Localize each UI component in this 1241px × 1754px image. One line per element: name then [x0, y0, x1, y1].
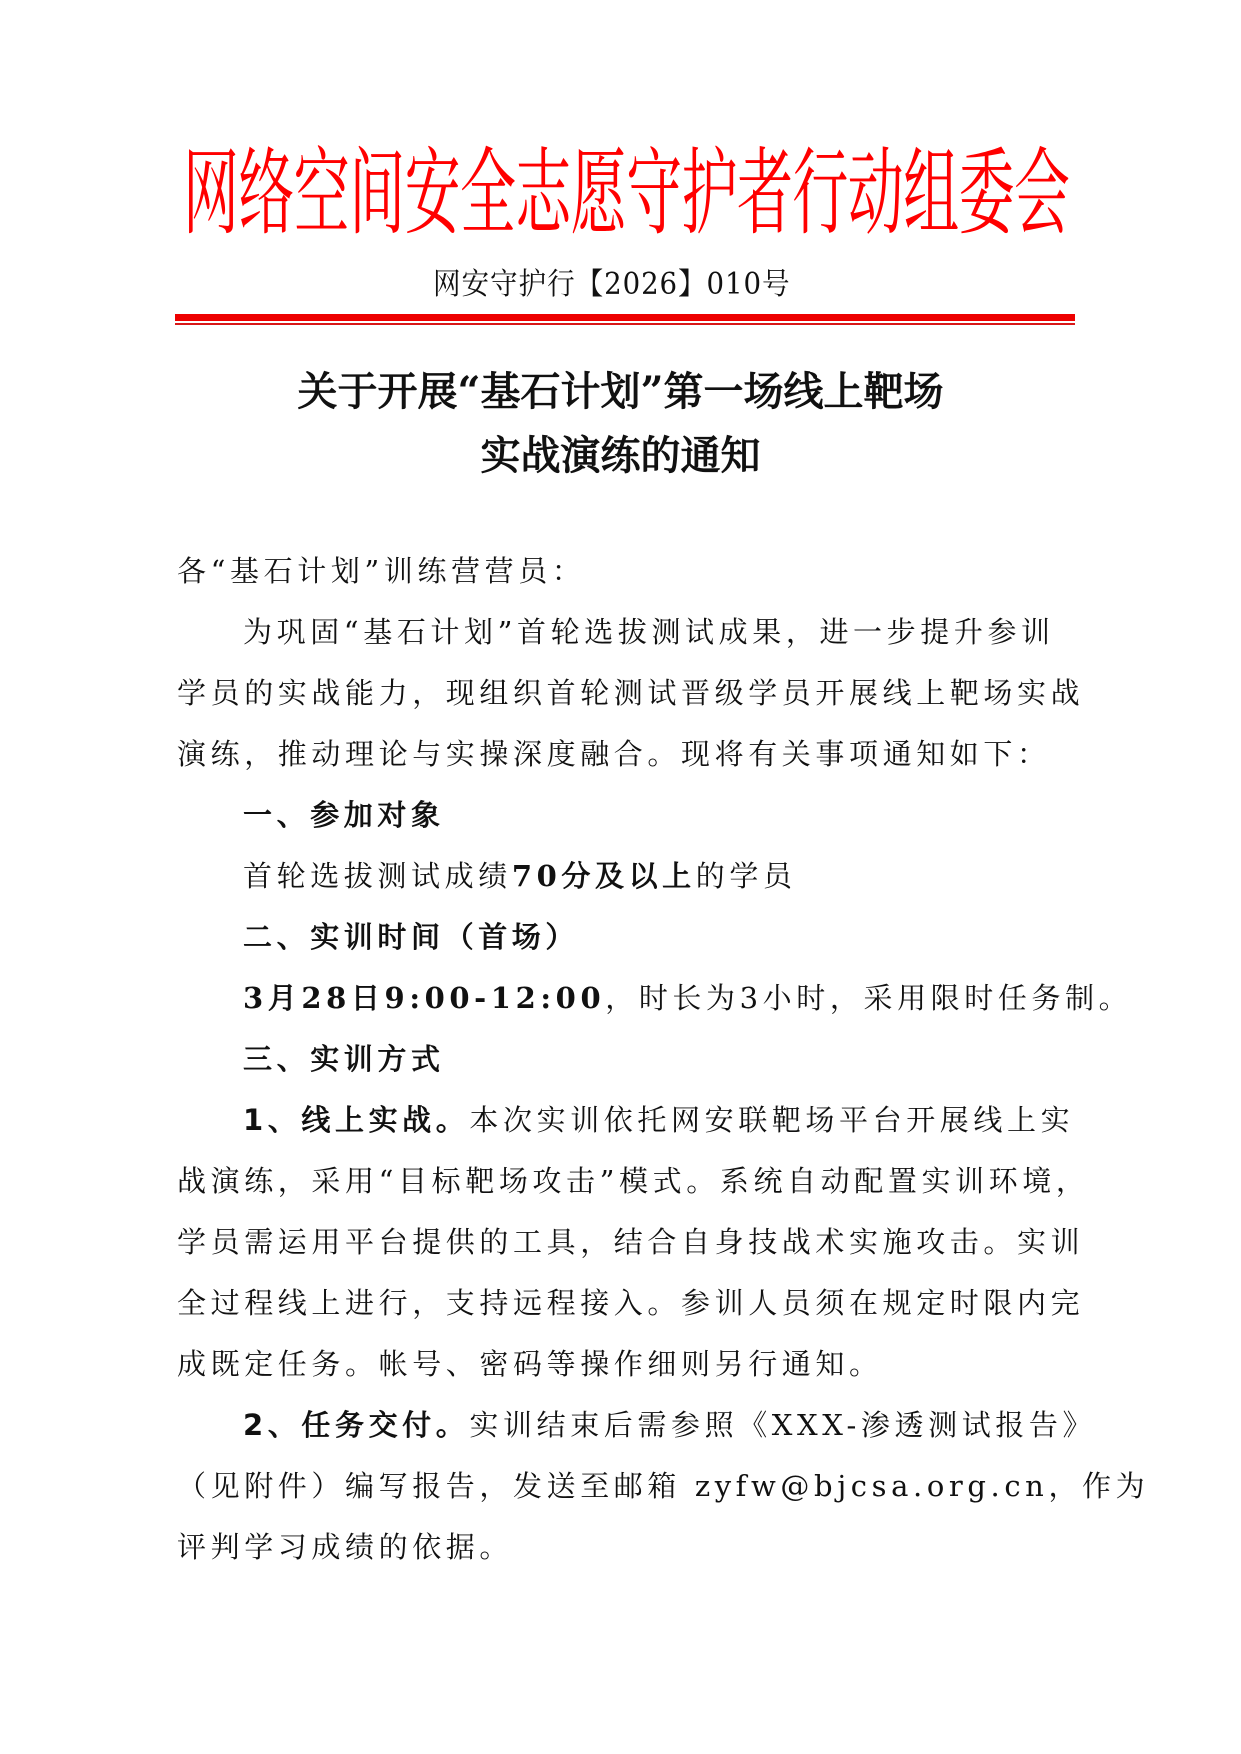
notice-title: 关于开展“基石计划”第一场线上靶场 实战演练的通知: [160, 360, 1081, 488]
method-item-2-label: 2、任务交付。: [243, 1408, 469, 1442]
red-divider-thick: [175, 314, 1075, 321]
intro-line-2: 学员的实战能力，现组织首轮测试晋级学员开展线上靶场实战: [177, 663, 1067, 724]
section-heading-method: 三、实训方式: [177, 1029, 1067, 1090]
notice-body: 各“基石计划”训练营营员： 为巩固“基石计划”首轮选拔测试成果，进一步提升参训 …: [177, 541, 1067, 1578]
method-item-1-line-2: 战演练，采用“目标靶场攻击”模式。系统自动配置实训环境，: [177, 1151, 1067, 1212]
section-content-time: 3月28日9:00-12:00，时长为3小时，采用限时任务制。: [177, 968, 1067, 1029]
red-divider-thin: [175, 323, 1075, 325]
method-item-1-line-3: 学员需运用平台提供的工具，结合自身技战术实施攻击。实训: [177, 1212, 1067, 1273]
intro-line-3: 演练，推动理论与实操深度融合。现将有关事项通知如下：: [177, 724, 1067, 785]
method-item-2-line-3: 评判学习成绩的依据。: [177, 1517, 1067, 1578]
method-item-1-label: 1、线上实战。: [243, 1103, 469, 1137]
document-page: 网络空间安全志愿守护者行动组委会 网安守护行【2026】010号 关于开展“基石…: [0, 0, 1241, 1754]
method-item-1-line-1: 1、线上实战。本次实训依托网安联靶场平台开展线上实: [177, 1090, 1067, 1151]
document-number: 网安守护行【2026】010号: [433, 266, 783, 304]
section-heading-time: 二、实训时间（首场）: [177, 907, 1067, 968]
notice-title-line-2: 实战演练的通知: [160, 424, 1081, 488]
salutation: 各“基石计划”训练营营员：: [177, 541, 1067, 602]
section-heading-participants: 一、参加对象: [177, 785, 1067, 846]
method-item-1-line-4: 全过程线上进行，支持远程接入。参训人员须在规定时限内完: [177, 1273, 1067, 1334]
participants-suffix: 的学员: [696, 859, 797, 893]
training-datetime: 3月28日9:00-12:00: [243, 981, 605, 1015]
method-item-1-text: 本次实训依托网安联靶场平台开展线上实: [469, 1103, 1074, 1137]
training-duration: ，时长为3小时，采用限时任务制。: [605, 981, 1132, 1015]
method-item-1-line-5: 成既定任务。帐号、密码等操作细则另行通知。: [177, 1334, 1067, 1395]
participants-prefix: 首轮选拔测试成绩: [243, 859, 512, 893]
method-item-2-line-1: 2、任务交付。实训结束后需参照《XXX-渗透测试报告》: [177, 1395, 1067, 1456]
intro-line-1: 为巩固“基石计划”首轮选拔测试成果，进一步提升参训: [177, 602, 1067, 663]
notice-title-line-1: 关于开展“基石计划”第一场线上靶场: [160, 360, 1081, 424]
participants-score-threshold: 70分及以上: [512, 859, 696, 893]
method-item-2-text: 实训结束后需参照《XXX-渗透测试报告》: [469, 1408, 1096, 1442]
section-content-participants: 首轮选拔测试成绩70分及以上的学员: [177, 846, 1067, 907]
letterhead: 网络空间安全志愿守护者行动组委会: [183, 148, 1075, 248]
method-item-2-line-2: （见附件）编写报告，发送至邮箱 zyfw@bjcsa.org.cn，作为: [177, 1456, 1067, 1517]
